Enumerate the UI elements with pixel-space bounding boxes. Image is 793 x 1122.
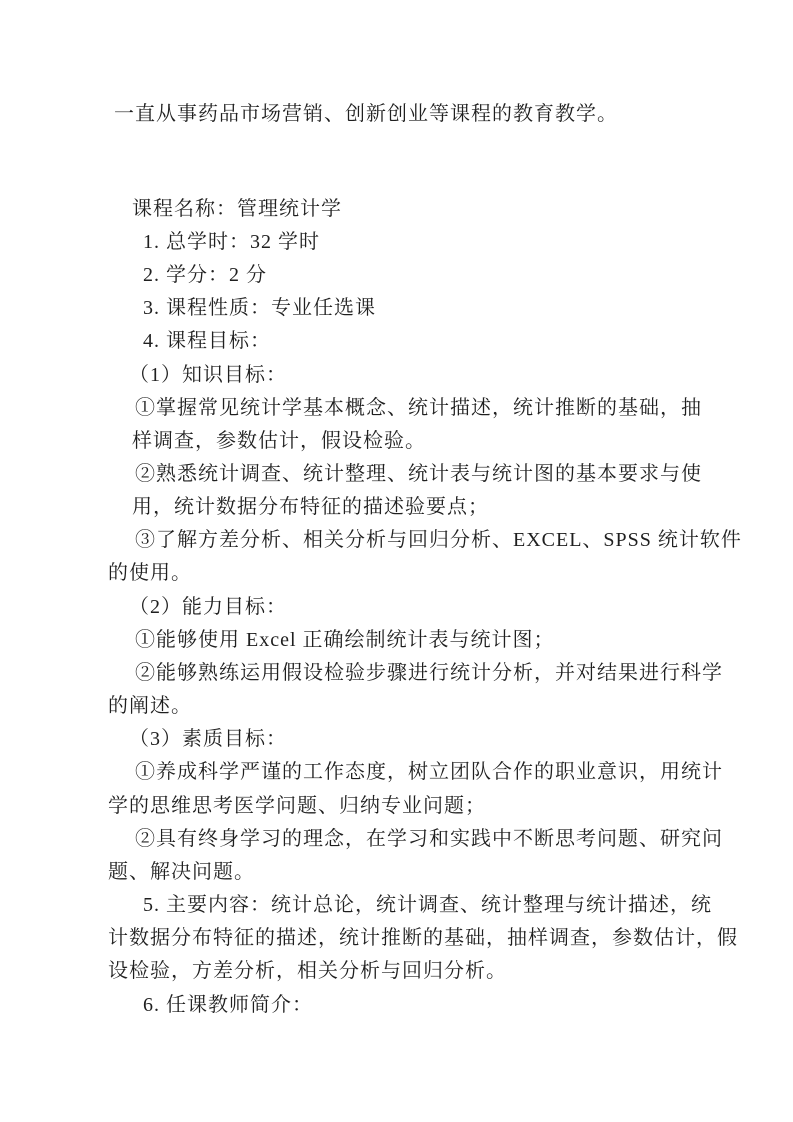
- text-line: 1. 总学时：32 学时: [108, 226, 686, 259]
- document-page: 一直从事药品市场营销、创新创业等课程的教育教学。课程名称：管理统计学1. 总学时…: [0, 0, 793, 1122]
- text-line: 2. 学分：2 分: [108, 259, 686, 292]
- text-line: 计数据分布特征的描述，统计推断的基础，抽样调查，参数估计，假: [108, 922, 686, 955]
- text-line: （3）素质目标：: [108, 723, 686, 756]
- text-line: ③了解方差分析、相关分析与回归分析、EXCEL、SPSS 统计软件: [108, 524, 686, 557]
- text-line: 4. 课程目标：: [108, 325, 686, 358]
- text-line: （1）知识目标：: [108, 359, 686, 392]
- text-line: ①能够使用 Excel 正确绘制统计表与统计图；: [108, 624, 686, 657]
- text-line: 3. 课程性质：专业任选课: [108, 292, 686, 325]
- text-line: 6. 任课教师简介：: [108, 989, 686, 1022]
- text-line: ①掌握常见统计学基本概念、统计描述，统计推断的基础，抽: [108, 392, 686, 425]
- text-line: ①养成科学严谨的工作态度，树立团队合作的职业意识，用统计: [108, 756, 686, 789]
- text-line: （2）能力目标：: [108, 591, 686, 624]
- text-line: 的使用。: [108, 557, 686, 590]
- text-line: 一直从事药品市场营销、创新创业等课程的教育教学。: [108, 98, 686, 131]
- text-line: 的阐述。: [108, 690, 686, 723]
- text-line: ②能够熟练运用假设检验步骤进行统计分析，并对结果进行科学: [108, 657, 686, 690]
- text-line: ②具有终身学习的理念，在学习和实践中不断思考问题、研究问: [108, 823, 686, 856]
- document-body: 一直从事药品市场营销、创新创业等课程的教育教学。课程名称：管理统计学1. 总学时…: [108, 98, 686, 1022]
- text-line: 用，统计数据分布特征的描述验要点；: [108, 491, 686, 524]
- text-line: 题、解决问题。: [108, 856, 686, 889]
- text-line: 学的思维思考医学问题、归纳专业问题；: [108, 790, 686, 823]
- text-line: ②熟悉统计调查、统计整理、统计表与统计图的基本要求与使: [108, 458, 686, 491]
- text-line: 5. 主要内容：统计总论，统计调查、统计整理与统计描述，统: [108, 889, 686, 922]
- text-line: 课程名称：管理统计学: [108, 193, 686, 226]
- text-line: 设检验，方差分析，相关分析与回归分析。: [108, 955, 686, 988]
- text-line: 样调查，参数估计，假设检验。: [108, 425, 686, 458]
